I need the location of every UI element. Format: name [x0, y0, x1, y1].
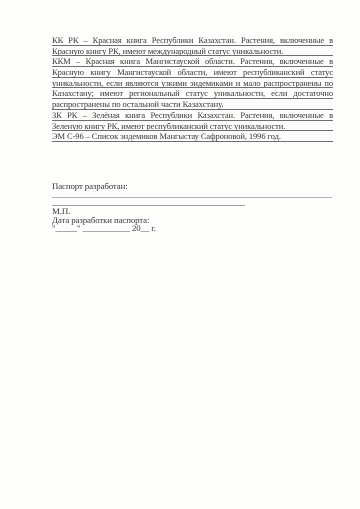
definition-line: Красную книгу РК, имеют международный ст… [52, 46, 333, 57]
passport-developed-label: Паспорт разработан: [52, 182, 128, 191]
signature-line-short [52, 205, 245, 206]
definition-line: ЗК РК – Зелёная книга Республики Казахст… [52, 110, 333, 121]
definition-line: Казахстану; имеют региональный статус ун… [52, 88, 333, 99]
signature-line-long [52, 197, 332, 198]
date-blank-line: "_____" ___________ 20__ г. [52, 224, 156, 233]
document-page: КК РК – Красная книга Республики Казахст… [0, 0, 360, 509]
definition-line: распространены по остальной части Казахс… [52, 99, 333, 110]
definition-line: Зеленую книгу РК, имеют республиканский … [52, 121, 333, 132]
definitions-block: КК РК – Красная книга Республики Казахст… [52, 35, 333, 142]
definition-line: Красную книгу Мангистауской области, име… [52, 67, 333, 78]
definition-line: ККМ – Красная книга Мангистауской област… [52, 56, 333, 67]
definition-line: ЭМ С-96 – Список эндемиков Мангыстау Саф… [52, 131, 333, 142]
definition-line: уникальности, если являются узкими эндем… [52, 78, 333, 89]
definition-line: КК РК – Красная книга Республики Казахст… [52, 35, 333, 46]
